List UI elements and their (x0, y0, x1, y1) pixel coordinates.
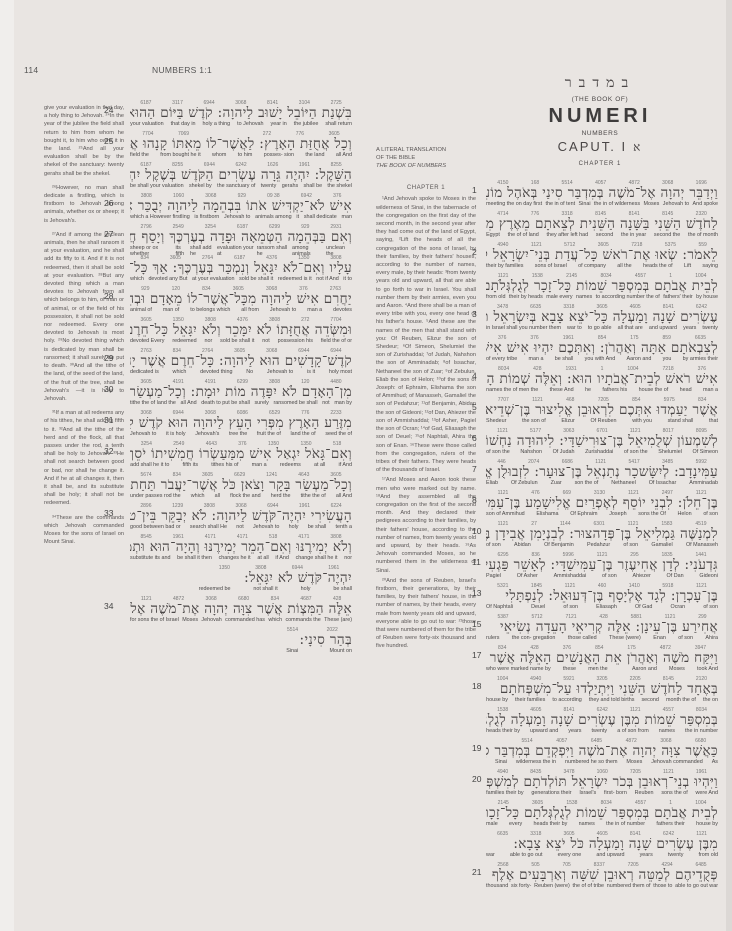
verse-number: 6 (472, 433, 477, 443)
gloss-word: Of Manasseh (686, 542, 718, 551)
gloss-word: in Israel shall you number them (486, 325, 561, 334)
gloss-word: shall dedicate (304, 214, 337, 223)
gloss-word: of son the (624, 449, 648, 458)
gloss-word: all And (336, 152, 352, 161)
hebrew-text: יִהְיֶה־קֹּדֶשׁ לֹא יִגָּאֵל: (130, 571, 352, 586)
verse-number: 10 (472, 526, 481, 536)
gloss-word: not shall it (253, 586, 277, 595)
gloss-word: which (191, 493, 205, 502)
verse-number: 4 (472, 371, 477, 381)
gloss-word: Zurishaddai (585, 449, 613, 458)
gloss-word: those to (653, 883, 672, 892)
gloss-word: shall be (304, 183, 323, 192)
english-gloss: all Andthe landposses- sionto himwhomfro… (130, 152, 352, 161)
hebrew-text: לְצִבְאֹתָם אַתָּה וְאַהֲרֹן: וְאִתְּכֶם… (486, 341, 718, 356)
verse-number: 1 (472, 185, 477, 195)
interlinear-line: 1961694438081350יִהְיֶה־קֹּדֶשׁ לֹא יִגָ… (130, 565, 352, 596)
hebrew-text: אִישׁ רֹאשׁ לְבֵית־אֲבֹתָיו הוּא: וְאֵלֶ… (486, 372, 718, 387)
gloss-word: twenty (592, 728, 608, 737)
english-gloss: man aheadhouse the offathers hishethese … (486, 387, 718, 396)
gloss-word: year in (271, 121, 287, 130)
gloss-word: Of Ephraim (570, 511, 597, 520)
gloss-word: their by families (486, 263, 523, 272)
gloss-word: not if And (316, 276, 338, 285)
gloss-word: these (563, 666, 576, 675)
hebrew-text: עַמִּינָדָב: לְיִשָּׂשכָר נְתַנְאֵל בֶּן… (486, 465, 718, 480)
english-gloss: shall returnthe jubileeyear into Jehovah… (130, 121, 352, 130)
gloss-word: by armies their (683, 356, 718, 365)
gloss-word: redeems (280, 462, 301, 471)
gloss-word: Ahira (705, 635, 718, 644)
gloss-word: names (576, 294, 592, 303)
interlinear-line: 1739474872175854376428834וַיִּקַּח מֹשֶׁ… (486, 645, 718, 676)
english-gloss: twentyyearsand upwardall that areto go a… (486, 325, 718, 334)
hebrew-text: לַחֹדֶשׁ הַשֵּׁנִי בַּשָּׁנָה הַשֵּׁנִית… (486, 217, 718, 232)
interlinear-line: 27293192962996187325425492796וְאִם בַּבְ… (130, 224, 352, 255)
verse-number: 11 (472, 557, 481, 567)
caput-hebrew-letter: א (633, 140, 642, 154)
gloss-word: the sanctuary of (217, 183, 255, 192)
gloss-word: Eliab (486, 480, 498, 489)
gloss-word: of son (563, 604, 578, 613)
interlinear-line: 8034455711216242814146051538בְּמִסְפַּר … (486, 707, 718, 738)
gloss-word: under passes rod the (130, 493, 181, 502)
gloss-word: death to put be shall (201, 400, 250, 409)
translation-paragraph: ²⁰And the sons of Reuben, Israel's first… (376, 577, 476, 651)
gloss-word: male every (546, 294, 572, 303)
interlinear-line: 1004145578034214515381121לְבֵית אֲבֹתָם … (486, 273, 718, 304)
gloss-word: tenth a (336, 524, 353, 533)
gloss-word: Sinai (579, 201, 591, 210)
gloss-word: Gamaliel (651, 542, 672, 551)
gloss-word: it to (343, 276, 352, 285)
hebrew-text: גִּדְעֹנִי: לְדָן אֲחִיעֶזֶר בֶּן־עַמִּי… (486, 558, 718, 573)
hebrew-text: מִן־הָאָדָם לֹא יִפָּדֶה מוֹת יוּמָת: וְ… (130, 385, 352, 400)
english-gloss: if Andat allredeemsman atithes his offif… (130, 462, 352, 471)
verse-number: 28 (104, 291, 113, 301)
gloss-word: Joseph (609, 511, 626, 520)
interlinear-line: 1045191583112163011144271121לִמְנַשֶּׁה … (486, 521, 718, 552)
english-gloss: GideoniOf DanAhiezerof sonAmmishaddaiOf … (486, 573, 718, 582)
verse-number: 3 (472, 309, 477, 319)
interlinear-line: 380841715184171417119618545וְלֹא יְמִירֶ… (130, 534, 352, 565)
gloss-word: Ammishaddai (554, 573, 587, 582)
gloss-word: of every tribe (486, 356, 517, 365)
gloss-word: Jehovah to (267, 369, 293, 378)
gloss-word: able to go out (510, 852, 543, 861)
gloss-word: unclean the (326, 245, 352, 254)
gloss-word: be shall (308, 524, 327, 533)
gloss-word: field the of or (321, 338, 352, 347)
gloss-word: devoted any But (148, 276, 187, 285)
hebrew-text: וַיִּקַּח מֹשֶׁה וְאַהֲרֹן אֵת הָאֲנָשִׁ… (486, 651, 718, 666)
gloss-word: all from (241, 307, 259, 316)
gloss-word: which a However firstling (130, 214, 190, 223)
gloss-word: be shall (333, 586, 352, 595)
gloss-word: shall return (325, 121, 352, 130)
interlinear-line: 58345975854720546811217707אֲשֶׁר יַעַמְד… (486, 397, 718, 428)
verse-number: 33 (104, 508, 113, 518)
gloss-word: which (130, 276, 144, 285)
gloss-word: man (342, 214, 353, 223)
gloss-word: twenty (261, 183, 277, 192)
gloss-word: Jehovah's (195, 431, 219, 440)
gloss-word: not (322, 400, 330, 409)
english-gloss: AmminadabOf IssacharNethaneelson the ofZ… (486, 480, 718, 489)
gloss-word: Moses (182, 617, 198, 626)
hebrew-text: וַיִּהְיוּ בְנֵי־רְאוּבֵן בְּכֹר יִשְׂרָ… (486, 775, 718, 790)
english-gloss: unclean theamong animalsransom shall hee… (130, 245, 352, 254)
verse-number: 17 (472, 650, 481, 660)
gloss-word: man a (703, 387, 718, 396)
interlinear-line: 242725310481413068694431176187בִּשְׁנַת … (130, 100, 352, 131)
english-gloss: the in numbernamesa of son fromtwentyyea… (486, 728, 718, 737)
gloss-word: Egypt (486, 232, 500, 241)
translation-paragraph: ¹And Jehovah spoke to Moses in the wilde… (376, 195, 476, 474)
gloss-word: Deuel (531, 604, 545, 613)
gloss-word: who were marked name by (486, 666, 551, 675)
gloss-word: man a (528, 356, 543, 365)
translation-title-line-1: A LITERAL TRANSLATION (376, 146, 476, 154)
gloss-word: to according (552, 697, 581, 706)
gloss-word: took And (697, 666, 718, 675)
gloss-word: Moses (669, 666, 685, 675)
gloss-word: the in of number (606, 821, 645, 830)
english-gloss: tenth abe shallholyJehovah tonotsearch s… (130, 524, 352, 533)
gloss-word: redeemed is it (278, 276, 312, 285)
gloss-word: Israel's (579, 790, 596, 799)
hebrew-text: מִבֶּן עֶשְׂרִים שָׁנָה וָמַעְלָה כֹּל י… (486, 837, 718, 852)
gloss-word: those called (568, 635, 597, 644)
gloss-word: Elishama (536, 511, 558, 520)
gloss-word: at all (257, 555, 268, 564)
interlinear-line: 3251813501350376464325493254וְאִם־גָּאֹל… (130, 441, 352, 472)
gloss-word: of son (602, 573, 617, 582)
hebrew-text: מִזֶּרַע הָאָרֶץ מִפְּרִי הָעֵץ לַיהוָה … (130, 416, 352, 431)
gloss-word: of son (703, 604, 718, 613)
gloss-word: saying (702, 263, 718, 272)
interlinear-line: 2559537572183605571211214940לֵאמֹר: שְׂא… (486, 242, 718, 273)
interlinear-line: 20225514בְּהַר סִינָי:Mount onSinai (130, 627, 352, 658)
gloss-word: be shall your valuation (130, 183, 184, 192)
page-edge-right (726, 0, 732, 931)
english-gloss: the shekelshall begerahstwentythe sanctu… (130, 183, 352, 192)
gloss-word: twenty (702, 325, 718, 334)
gloss-word: Of Simeon (693, 449, 718, 458)
gloss-word: not (262, 338, 270, 347)
interlinear-line: 2164854294720583377055052568פְּקֻדֵיהֶם … (486, 862, 718, 893)
english-gloss: able to go out warthose tonumbered them … (486, 883, 718, 892)
gloss-word: if And (339, 462, 353, 471)
gloss-word: Of Asher (517, 573, 538, 582)
gloss-word: add shall he it to (130, 462, 169, 471)
page-edge-left (0, 0, 14, 931)
gloss-word: all that are (618, 325, 643, 334)
gloss-word: among animals (292, 245, 326, 254)
gloss-word: Shedeur (486, 418, 506, 427)
gloss-word: Pedahzur (587, 542, 610, 551)
english-gloss: by armies theiryouAaron andyou with Andb… (486, 356, 718, 365)
gloss-word: Sinai (286, 648, 298, 657)
gloss-word: of son (703, 511, 718, 520)
gloss-word: that day in (171, 121, 196, 130)
strongs-number: 5514 (287, 627, 298, 633)
english-gloss: seed the ofland the offruit the oftree t… (130, 431, 352, 440)
gloss-word: rulers (486, 635, 499, 644)
gloss-word: sons the of (661, 790, 687, 799)
gloss-word: six forty- (511, 883, 531, 892)
gloss-word: nor (344, 555, 352, 564)
verse-number: 30 (104, 384, 113, 394)
verse-number: 29 (104, 353, 113, 363)
english-gloss: Ahiraof sonEnanThese (were)those calledt… (486, 635, 718, 644)
gloss-word: be shall (555, 356, 574, 365)
gloss-word: These (were) (609, 635, 641, 644)
gloss-word: Jehovah to (270, 307, 296, 316)
gloss-word: Aaron and (626, 356, 651, 365)
gloss-word: the of of land (508, 232, 539, 241)
interlinear-line: 336224196169443068380812392896הָעֲשִׂירִ… (130, 503, 352, 534)
interlinear-line: 30448012038086299419141913605מִן־הָאָדָם… (130, 379, 352, 410)
interlinear-line: 437672181004119314288034אִישׁ רֹאשׁ לְבֵ… (486, 366, 718, 397)
hebrew-text: וְלֹא יְמִירֶנּוּ וְאִם־הָמֵר יְמִירֶנּו… (130, 540, 352, 555)
gloss-word: which (268, 617, 282, 626)
gloss-word: Lift (684, 263, 691, 272)
gloss-word: evaluation your at (217, 245, 257, 254)
gloss-word: posses- sion (264, 152, 294, 161)
gloss-word: men the (588, 666, 607, 675)
english-gloss: be shallholynot shall itredeemed be (130, 586, 352, 595)
gloss-word: tithes his of (211, 462, 238, 471)
gloss-word: changes he it (219, 555, 251, 564)
gloss-word: all And (336, 493, 352, 502)
hebrew-text: בֶּן־עָכְרָן: לְגָד אֶלְיָסָף בֶּן־דְּעו… (486, 589, 718, 604)
gloss-word: from old (699, 852, 718, 861)
gloss-word: Of Gad (635, 604, 652, 613)
hebrew-text: בְּהַר סִינָי: (130, 633, 352, 648)
interlinear-line: 66358591758541961376376לְצִבְאֹתָם אַתָּ… (486, 335, 718, 366)
gloss-word: numbered them of (607, 883, 651, 892)
gloss-word: twenty (668, 852, 684, 861)
gloss-word: to him (238, 152, 253, 161)
interlinear-line: 8255196116266242694482556187הַשָּׁקֶל: י… (130, 162, 352, 193)
gloss-word: it (296, 214, 299, 223)
gloss-word: sons of Israel (535, 263, 567, 272)
gloss-word: years (568, 728, 581, 737)
english-gloss: field the of orpossession hisnotsold be … (130, 338, 352, 347)
gloss-word: fathers' their (663, 294, 693, 303)
english-paragraph: ²⁷And if among the unclean animals, then… (44, 231, 124, 403)
gloss-word: fathers their (656, 821, 684, 830)
gloss-word: the of of tribe (572, 883, 603, 892)
running-title: NUMBERS 1:1 (152, 65, 212, 75)
gloss-word: be shall it then (177, 555, 212, 564)
english-gloss: norchange shall he itif Andat allchanges… (130, 555, 352, 564)
gloss-word: house by (486, 697, 508, 706)
gloss-word: Aaron and (632, 666, 657, 675)
gloss-word: their families (515, 697, 545, 706)
gloss-word: the in of wilderness (594, 201, 640, 210)
gloss-word: Elizur (561, 418, 574, 427)
gloss-word: ransomed be shall (274, 400, 318, 409)
verse-number: 34 (104, 601, 113, 611)
gloss-word: No (246, 369, 253, 378)
gloss-word: holy a thing (203, 121, 231, 130)
gloss-word: ransom shall he (257, 245, 292, 254)
gloss-word: Jehovah to (130, 431, 156, 440)
gloss-word: sons the Of (638, 511, 666, 520)
gloss-word: the jubilee (294, 121, 319, 130)
english-gloss: Mount onSinai (130, 648, 352, 657)
gloss-word: every one (558, 852, 582, 861)
interlinear-line: 182120814522053205592149401004בְּאֶחָד ל… (486, 676, 718, 707)
gloss-word: herd the (271, 493, 291, 502)
gloss-word: a of son from (617, 728, 648, 737)
english-gloss: These (are)commands thewhichcommanded ha… (130, 617, 352, 626)
hebrew-text: אֲחִירַע בֶּן־עֵינָן: אֵלֶּה קְרִיאֵי הָ… (486, 620, 718, 635)
gloss-word: As (712, 759, 718, 768)
gloss-word: Ocran (671, 604, 686, 613)
verse-number: 32 (104, 446, 113, 456)
gloss-word: the land (305, 152, 324, 161)
gloss-word: Jehovah commanded (651, 759, 703, 768)
book-title: NUMERI (520, 105, 680, 128)
hebrew-text: אֵלֶּה הַמִּצְוֹת אֲשֶׁר צִוָּה יְהוָה א… (130, 602, 352, 617)
gloss-word: fifth its (183, 462, 199, 471)
interlinear-line: 31223377665296086306869443068מִזֶּרַע הָ… (130, 410, 352, 441)
gloss-word: their by heads (509, 294, 543, 303)
gloss-word: Amminadab (689, 480, 718, 489)
hebrew-text: וְכָל אֲחֻזַּת הָאָרֶץ: לַאֲשֶׁר־לוֹ מֵא… (130, 137, 352, 152)
hebrew-text: בְּמִסְפַּר שֵׁמוֹת מִבֶּן עֶשְׂרִים שָׁ… (486, 713, 718, 728)
interlinear-line: 380813504376618727643605834עָלָיו וְאִם־… (130, 255, 352, 286)
gloss-word: to belongs which (190, 307, 230, 316)
gloss-word: whom (212, 152, 226, 161)
gloss-word: the of month (688, 232, 718, 241)
english-gloss: took AndMosesAaron andmen thethesewho we… (486, 666, 718, 675)
gloss-word: shall add he (190, 245, 217, 254)
hebrew-text: הַשָּׁקֶל: יִהְיֶה גֵּרָה עֶשְׂרִים הַקֹ… (130, 168, 352, 183)
gloss-word: redeemed be (199, 586, 231, 595)
interlinear-line: 7599234855417112166862074446עַמִּינָדָב:… (486, 459, 718, 490)
hebrew-text: לְשִׁמְעוֹן שְׁלֻמִיאֵל בֶּן־צוּרִישַׁדָ… (486, 434, 718, 449)
gloss-word: to according number the of (596, 294, 660, 303)
gloss-word: names (579, 821, 595, 830)
verse-number: 24 (104, 105, 113, 115)
literal-translation-column: A LITERAL TRANSLATION OF THE BIBLE THE B… (376, 146, 476, 651)
hebrew-text: עָלָיו וְאִם־לֹא יִגָּאֵל וְנִמְכַּר בְּ… (130, 261, 352, 276)
gloss-word: to Jehovah (237, 121, 263, 130)
gloss-word: land the of (290, 431, 315, 440)
gloss-word: is firstborn (194, 214, 219, 223)
gloss-word: war (486, 852, 495, 861)
interlinear-line: 3442846878346680306848721121אֵלֶּה הַמִּ… (130, 596, 352, 627)
gloss-word: of company (578, 263, 606, 272)
gloss-word: tree the (229, 431, 247, 440)
interlinear-line: 232081458141814533187764714לַחֹדֶשׁ הַשֵ… (486, 211, 718, 242)
gloss-word: they and told births (589, 697, 635, 706)
gloss-word: these And (550, 387, 574, 396)
verse-number: 21 (472, 867, 481, 877)
gloss-word: Moses (626, 759, 642, 768)
gloss-word: devoted Every (130, 338, 164, 347)
gloss-word: Ahiezer (632, 573, 650, 582)
gloss-word: shekel by (189, 183, 212, 192)
hebrew-text: אִישׁ לֹא־יַקְדִּישׁ אֹתוֹ בִּבְהֵמָה לַ… (130, 199, 352, 214)
gloss-word: holy (289, 524, 299, 533)
hebrew-text: פְּקֻדֵיהֶם לְמַטֵּה רְאוּבֵן שִׁשָּׁה ו… (486, 868, 718, 883)
gloss-word: surely (254, 400, 268, 409)
verse-number: 26 (104, 198, 113, 208)
english-gloss: of sonHelonsons the OfJosephOf EphraimEl… (486, 511, 718, 520)
gloss-word: dedicated is (130, 369, 159, 378)
gloss-word: Sinai (495, 759, 507, 768)
gloss-word: at your evaluation (192, 276, 235, 285)
english-gloss: AsJehovah commandedMosesnumbered he so t… (486, 759, 718, 768)
gloss-word: from bought he it (160, 152, 200, 161)
interlinear-line: 1004145578034153836052145לְבֵית אֲבֹתָם … (486, 800, 718, 831)
gloss-word: that (709, 418, 718, 427)
gloss-word: years (640, 852, 653, 861)
gloss-word: heads their by (486, 728, 520, 737)
hebrew-book-title: במדבר (520, 75, 680, 92)
english-gloss: of sonOcranOf GadEliasaphof sonDeuelOf N… (486, 604, 718, 613)
interlinear-line: 26376694238 09929306810603808אִישׁ לֹא־י… (130, 193, 352, 224)
gloss-word: heads their by (533, 821, 567, 830)
gloss-word: of son (678, 635, 693, 644)
gloss-word: Eliasaph (596, 604, 617, 613)
gloss-word: son of Ammihud (486, 511, 525, 520)
strongs-number: 1350 (219, 565, 230, 571)
interlinear-line: 36242814146053605331866353478עֶשְׂרִים ש… (486, 304, 718, 335)
hebrew-text: לְבֵית אֲבֹתָם בְּמִסְפַּר שֵׁמוֹת לְגֻל… (486, 806, 718, 821)
gloss-word: house the of (639, 387, 669, 396)
hebrew-text: לְבֵית אֲבֹתָם בְּמִסְפַּר שֵׁמוֹת כָּל־… (486, 279, 718, 294)
gloss-word: at all (314, 462, 325, 471)
gloss-word: seed the of (325, 431, 352, 440)
interlinear-line: 19668030684872648540575514כַּאֲשֶׁר צִוָ… (486, 738, 718, 769)
gloss-word: Abidan (514, 542, 531, 551)
gloss-word: holy most (329, 369, 352, 378)
interlinear-line: 1121624281414605360533186635מִבֶּן עֶשְׂ… (486, 831, 718, 862)
hebrew-text: לִמְנַשֶּׁה גַּמְלִיאֵל בֶּן־פְּדָהצוּר:… (486, 527, 718, 542)
gloss-word: the in number (685, 728, 718, 737)
gloss-word: Of Issachar (649, 480, 677, 489)
gloss-word: is it (307, 369, 315, 378)
english-gloss: house byfathers theirthe in of numbernam… (486, 821, 718, 830)
translation-title-line-2: OF THE BIBLE (376, 154, 476, 162)
gloss-word: month the of (666, 697, 696, 706)
translation-paragraph: ¹⁷And Moses and Aaron took these men who… (376, 476, 476, 574)
gloss-word: the in of tent (545, 201, 575, 210)
gloss-word: if And (275, 555, 289, 564)
gloss-word: fruit the of (257, 431, 281, 440)
english-gloss: from oldtwentyyearsand upwardevery oneab… (486, 852, 718, 861)
gloss-word: the on (703, 697, 718, 706)
gloss-word: son the of (575, 480, 599, 489)
interlinear-line: 25360577627270697704וְכָל אֲחֻזַּת הָאָר… (130, 131, 352, 162)
gloss-word: second the (654, 232, 680, 241)
gloss-word: and upward (649, 325, 677, 334)
gloss-word: you with And (585, 356, 616, 365)
gloss-word: good between bad or (130, 524, 181, 533)
gloss-word: Jehovah to (224, 214, 250, 223)
gloss-word: Gideoni (699, 573, 718, 582)
hebrew-text: קֹדֶשׁ־קָדָשִׁים הוּא לַיהוָה: כָּל־חֵרֶ… (130, 354, 352, 369)
gloss-word: able to go out war (675, 883, 718, 892)
gloss-word: sold be shall it (220, 338, 254, 347)
verse-number: 2 (472, 247, 477, 257)
